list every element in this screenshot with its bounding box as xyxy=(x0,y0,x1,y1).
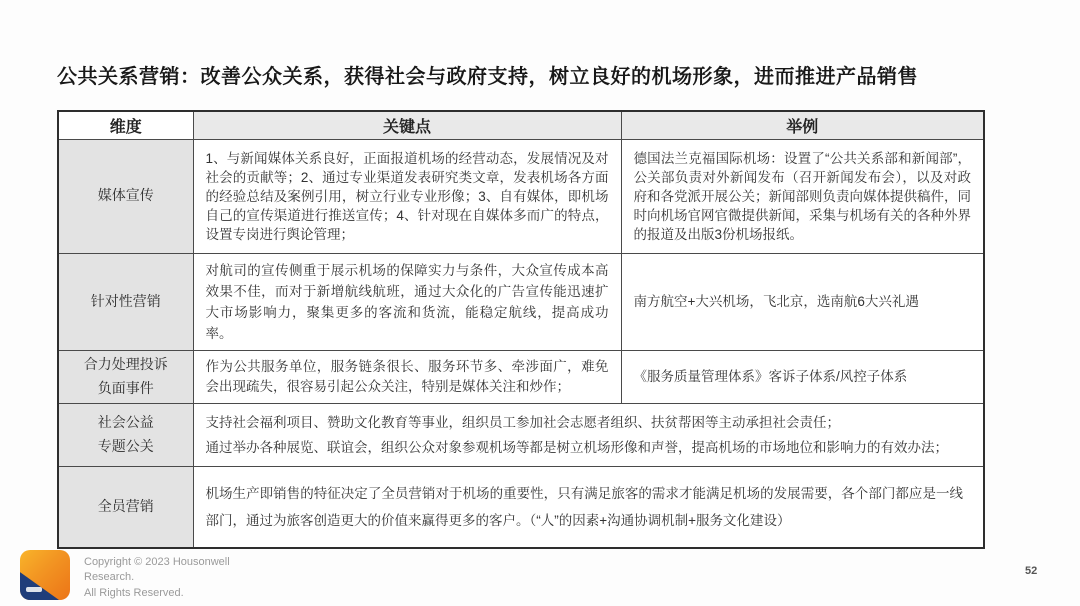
dimension-cell: 全员营销 xyxy=(58,466,193,548)
column-header-dimension: 维度 xyxy=(58,111,193,139)
keypoints-cell: 对航司的宣传侧重于展示机场的保障实力与条件，大众宣传成本高效果不佳，而对于新增航… xyxy=(193,253,621,350)
copyright-line: Copyright © 2023 Housonwell xyxy=(84,555,230,570)
example-cell: 《服务质量管理体系》客诉子体系/风控子体系 xyxy=(621,350,984,403)
table-header-row: 维度 关键点 举例 xyxy=(58,111,984,139)
copyright-line: All Rights Reserved. xyxy=(84,586,230,601)
dimension-line: 合力处理投诉 xyxy=(65,353,187,377)
pr-marketing-table: 维度 关键点 举例 媒体宣传 1、与新闻媒体关系良好，正面报道机场的经营动态，发… xyxy=(57,110,985,549)
column-header-example: 举例 xyxy=(621,111,984,139)
keypoints-cell: 作为公共服务单位，服务链条很长、服务环节多、牵涉面广，难免会出现疏失，很容易引起… xyxy=(193,350,621,403)
table-row-targeted-marketing: 针对性营销 对航司的宣传侧重于展示机场的保障实力与条件，大众宣传成本高效果不佳，… xyxy=(58,253,984,350)
table-row-public-welfare: 社会公益 专题公关 支持社会福利项目、赞助文化教育等事业，组织员工参加社会志愿者… xyxy=(58,403,984,466)
footer: Copyright © 2023 Housonwell Research. Al… xyxy=(20,550,230,601)
merged-content-cell: 支持社会福利项目、赞助文化教育等事业，组织员工参加社会志愿者组织、扶贫帮困等主动… xyxy=(193,403,984,466)
dimension-line: 专题公关 xyxy=(65,435,187,459)
logo-wordmark xyxy=(26,587,42,592)
table-row-all-staff-marketing: 全员营销 机场生产即销售的特征决定了全员营销对于机场的重要性，只有满足旅客的需求… xyxy=(58,466,984,548)
dimension-cell: 媒体宣传 xyxy=(58,139,193,253)
copyright-line: Research. xyxy=(84,570,230,585)
dimension-cell: 社会公益 专题公关 xyxy=(58,403,193,466)
copyright-text: Copyright © 2023 Housonwell Research. Al… xyxy=(84,555,230,601)
dimension-line: 负面事件 xyxy=(65,377,187,401)
example-cell: 德国法兰克福国际机场：设置了“公共关系部和新闻部”，公关部负责对外新闻发布（召开… xyxy=(621,139,984,253)
merged-content-cell: 机场生产即销售的特征决定了全员营销对于机场的重要性，只有满足旅客的需求才能满足机… xyxy=(193,466,984,548)
dimension-line: 社会公益 xyxy=(65,411,187,435)
logo-triangle-shape xyxy=(20,569,70,600)
slide-title: 公共关系营销：改善公众关系，获得社会与政府支持，树立良好的机场形象，进而推进产品… xyxy=(57,60,1037,89)
table-row-complaint-handling: 合力处理投诉 负面事件 作为公共服务单位，服务链条很长、服务环节多、牵涉面广，难… xyxy=(58,350,984,403)
table-row-media-publicity: 媒体宣传 1、与新闻媒体关系良好，正面报道机场的经营动态，发展情况及对社会的贡献… xyxy=(58,139,984,253)
example-cell: 南方航空+大兴机场，飞北京，选南航6大兴礼遇 xyxy=(621,253,984,350)
page-number: 52 xyxy=(1025,565,1037,577)
column-header-keypoints: 关键点 xyxy=(193,111,621,139)
company-logo-icon xyxy=(20,550,70,600)
keypoints-cell: 1、与新闻媒体关系良好，正面报道机场的经营动态，发展情况及对社会的贡献等；2、通… xyxy=(193,139,621,253)
merged-line: 通过举办各种展览、联谊会，组织公众对象参观机场等都是树立机场形像和声誉，提高机场… xyxy=(206,435,972,460)
slide: 公共关系营销：改善公众关系，获得社会与政府支持，树立良好的机场形象，进而推进产品… xyxy=(0,0,1080,606)
merged-line: 支持社会福利项目、赞助文化教育等事业，组织员工参加社会志愿者组织、扶贫帮困等主动… xyxy=(206,410,972,435)
dimension-cell: 针对性营销 xyxy=(58,253,193,350)
dimension-cell: 合力处理投诉 负面事件 xyxy=(58,350,193,403)
